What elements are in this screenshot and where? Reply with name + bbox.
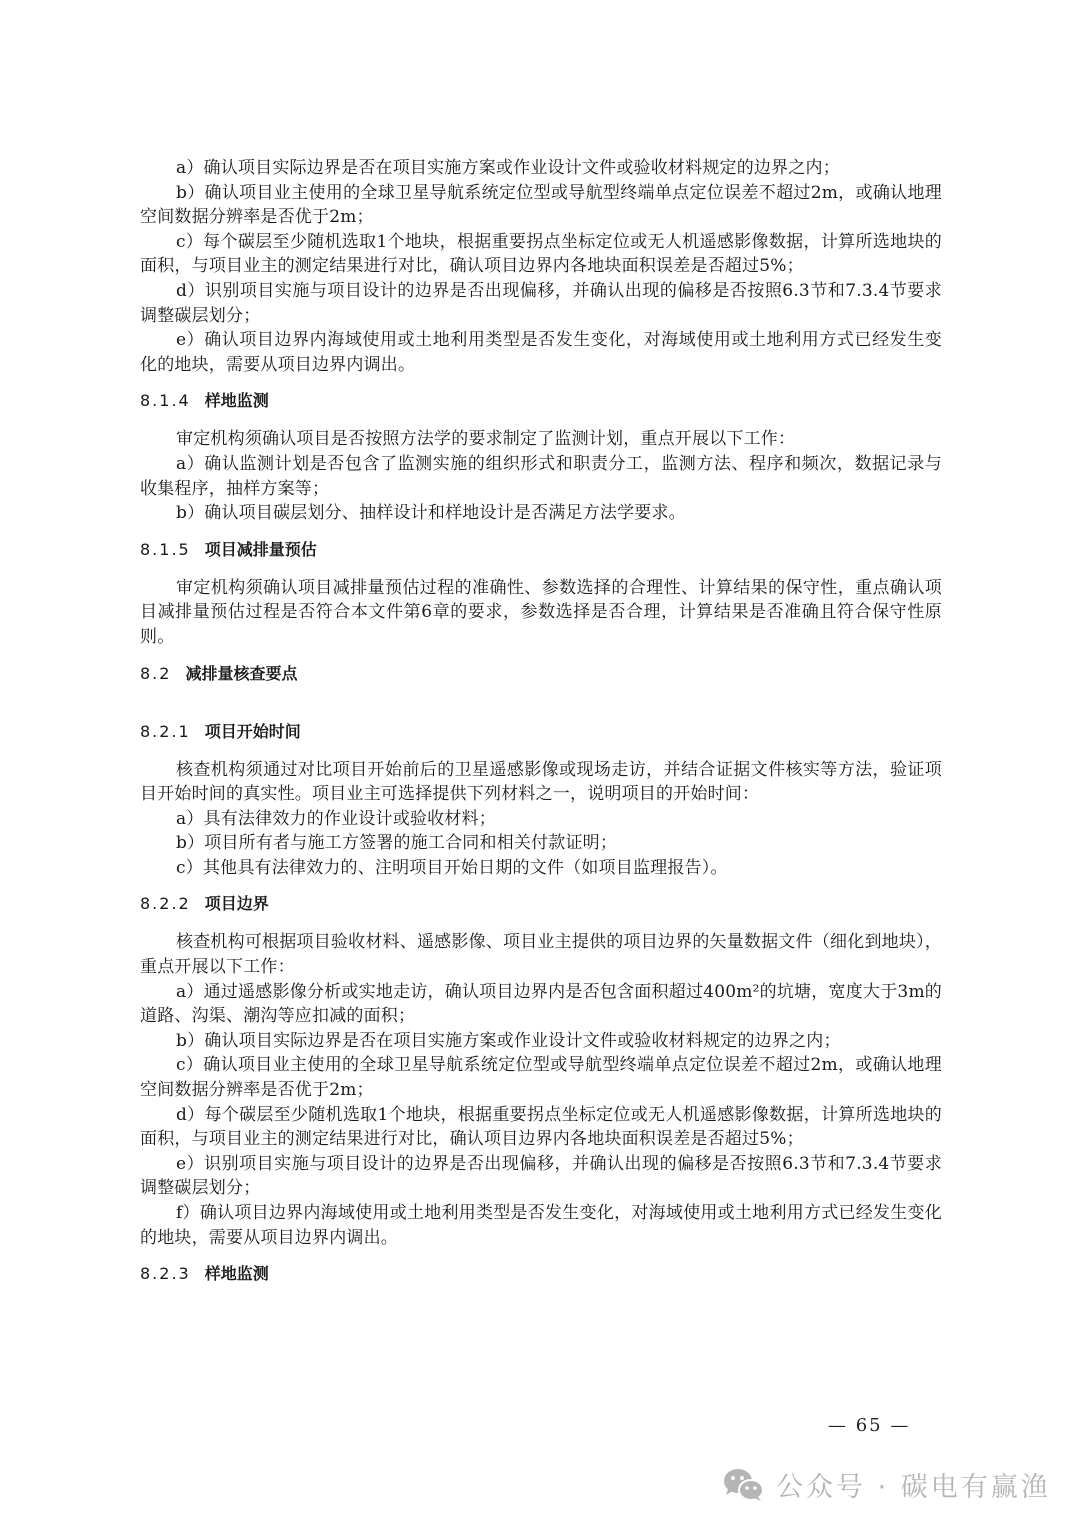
section-heading: 8.2减排量核查要点 bbox=[140, 662, 942, 686]
list-item: b）确认项目业主使用的全球卫星导航系统定位型或导航型终端单点定位误差不超过2m，… bbox=[140, 181, 942, 230]
paragraph: 核查机构可根据项目验收材料、遥感影像、项目业主提供的项目边界的矢量数据文件（细化… bbox=[140, 930, 942, 979]
list-item: b）确认项目碳层划分、抽样设计和样地设计是否满足方法学要求。 bbox=[140, 501, 942, 526]
page-number: — 65 — bbox=[828, 1415, 910, 1436]
watermark: 公众号 · 碳电有赢渔 bbox=[722, 1465, 1051, 1504]
section-heading: 8.2.3样地监测 bbox=[140, 1262, 942, 1286]
section-title: 项目边界 bbox=[205, 894, 269, 913]
paragraph: 核查机构须通过对比项目开始前后的卫星遥感影像或现场走访，并结合证据文件核实等方法… bbox=[140, 758, 942, 807]
list-item: e）确认项目边界内海域使用或土地利用类型是否发生变化，对海域使用或土地利用方式已… bbox=[140, 328, 942, 377]
section-8-2: 8.2减排量核查要点 bbox=[140, 662, 942, 686]
list-item: c）其他具有法律效力的、注明项目开始日期的文件（如项目监理报告）。 bbox=[140, 856, 942, 881]
section-8-2-2: 8.2.2项目边界 核查机构可根据项目验收材料、遥感影像、项目业主提供的项目边界… bbox=[140, 892, 942, 1250]
section-number: 8.1.4 bbox=[140, 391, 191, 410]
list-item: c）每个碳层至少随机选取1个地块，根据重要拐点坐标定位或无人机遥感影像数据，计算… bbox=[140, 230, 942, 279]
section-8-2-3: 8.2.3样地监测 bbox=[140, 1262, 942, 1286]
section-title: 样地监测 bbox=[205, 391, 269, 410]
section-heading: 8.1.5项目减排量预估 bbox=[140, 538, 942, 562]
list-item: a）确认项目实际边界是否在项目实施方案或作业设计文件或验收材料规定的边界之内； bbox=[140, 156, 942, 181]
list-item: b）项目所有者与施工方签署的施工合同和相关付款证明； bbox=[140, 831, 942, 856]
list-item: a）具有法律效力的作业设计或验收材料； bbox=[140, 807, 942, 832]
list-item: a）确认监测计划是否包含了监测实施的组织形式和职责分工，监测方法、程序和频次，数… bbox=[140, 452, 942, 501]
section-title: 样地监测 bbox=[205, 1264, 269, 1283]
list-item: b）确认项目实际边界是否在项目实施方案或作业设计文件或验收材料规定的边界之内； bbox=[140, 1029, 942, 1054]
list-item: f）确认项目边界内海域使用或土地利用类型是否发生变化，对海域使用或土地利用方式已… bbox=[140, 1201, 942, 1250]
section-title: 项目开始时间 bbox=[205, 722, 301, 741]
section-number: 8.2.1 bbox=[140, 722, 191, 741]
list-item: c）确认项目业主使用的全球卫星导航系统定位型或导航型终端单点定位误差不超过2m，… bbox=[140, 1053, 942, 1102]
paragraph: 审定机构须确认项目是否按照方法学的要求制定了监测计划，重点开展以下工作： bbox=[140, 427, 942, 452]
list-item: d）识别项目实施与项目设计的边界是否出现偏移，并确认出现的偏移是否按照6.3节和… bbox=[140, 279, 942, 328]
list-item: d）每个碳层至少随机选取1个地块，根据重要拐点坐标定位或无人机遥感影像数据，计算… bbox=[140, 1103, 942, 1152]
section-number: 8.1.5 bbox=[140, 540, 191, 559]
section-8-1-5: 8.1.5项目减排量预估 审定机构须确认项目减排量预估过程的准确性、参数选择的合… bbox=[140, 538, 942, 650]
document-page: a）确认项目实际边界是否在项目实施方案或作业设计文件或验收材料规定的边界之内； … bbox=[140, 156, 942, 1286]
section-title: 项目减排量预估 bbox=[205, 540, 317, 559]
wechat-icon bbox=[722, 1467, 766, 1503]
section-8-1-3-continuation: a）确认项目实际边界是否在项目实施方案或作业设计文件或验收材料规定的边界之内； … bbox=[140, 156, 942, 377]
section-number: 8.2 bbox=[140, 664, 171, 683]
paragraph: 审定机构须确认项目减排量预估过程的准确性、参数选择的合理性、计算结果的保守性，重… bbox=[140, 576, 942, 650]
section-8-2-1: 8.2.1项目开始时间 核查机构须通过对比项目开始前后的卫星遥感影像或现场走访，… bbox=[140, 720, 942, 881]
section-number: 8.2.3 bbox=[140, 1264, 191, 1283]
section-heading: 8.2.1项目开始时间 bbox=[140, 720, 942, 744]
list-item: a）通过遥感影像分析或实地走访，确认项目边界内是否包含面积超过400m²的坑塘，… bbox=[140, 980, 942, 1029]
watermark-text: 公众号 · 碳电有赢渔 bbox=[776, 1465, 1051, 1504]
list-item: e）识别项目实施与项目设计的边界是否出现偏移，并确认出现的偏移是否按照6.3节和… bbox=[140, 1152, 942, 1201]
section-heading: 8.1.4样地监测 bbox=[140, 389, 942, 413]
section-title: 减排量核查要点 bbox=[185, 664, 297, 683]
section-heading: 8.2.2项目边界 bbox=[140, 892, 942, 916]
section-number: 8.2.2 bbox=[140, 894, 191, 913]
section-8-1-4: 8.1.4样地监测 审定机构须确认项目是否按照方法学的要求制定了监测计划，重点开… bbox=[140, 389, 942, 525]
